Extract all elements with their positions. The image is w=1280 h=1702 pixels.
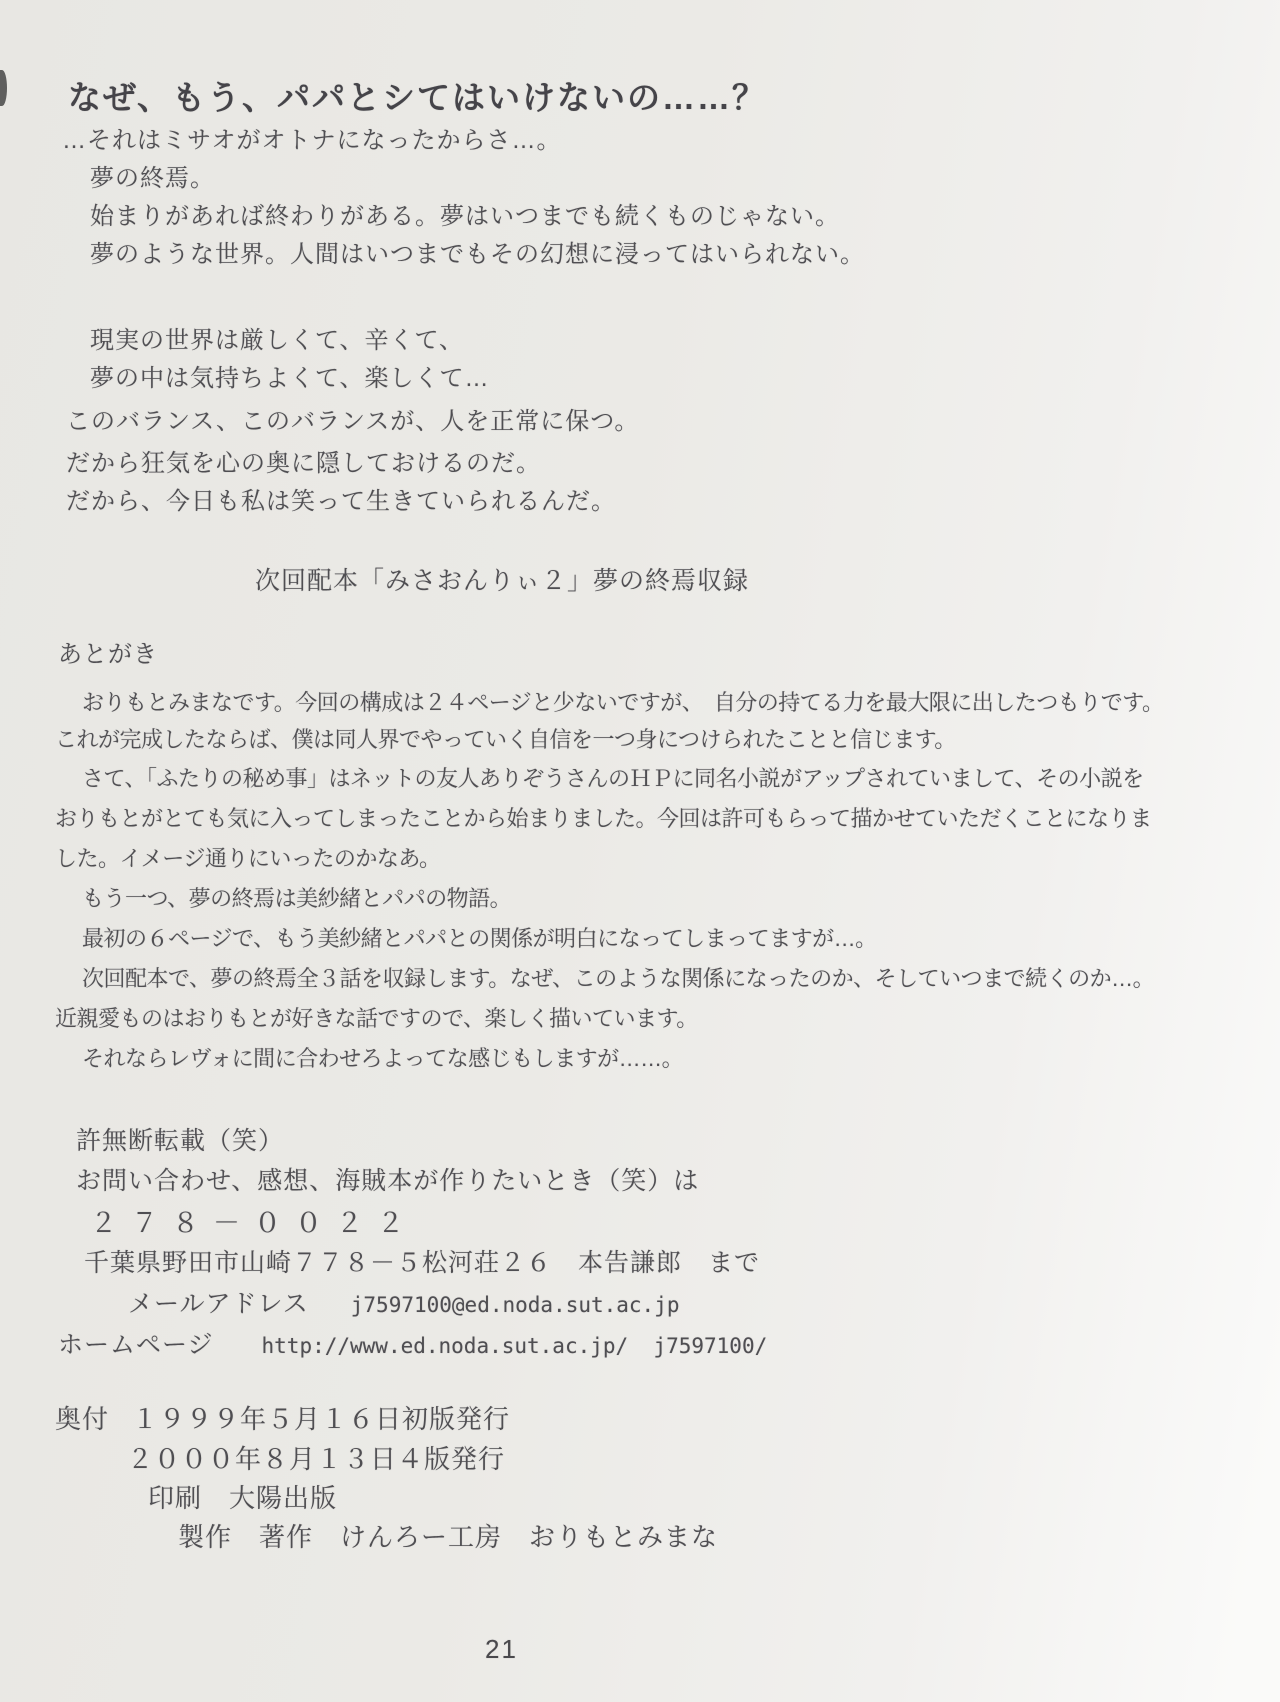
afterword-heading: あとがき — [58, 641, 158, 670]
poem-line: だから狂気を心の奥に隠しておけるのだ。 — [66, 450, 541, 479]
homepage-line: ホームページhttp://www.ed.noda.sut.ac.jp/ j759… — [58, 1330, 767, 1360]
colophon-label: 奥付 — [55, 1404, 109, 1434]
poem-line: 夢のような世界。人間はいつまでもその幻想に浸ってはいられない。 — [90, 241, 865, 270]
poem-line: 現実の世界は厳しくて、辛くて、 — [90, 327, 464, 356]
first-edition-date: １９９９年５月１６日初版発行 — [132, 1404, 510, 1434]
afterword-line: それならレヴォに間に合わせろよってな感じもしますが……。 — [82, 1046, 683, 1072]
next-issue-announcement: 次回配本「みさおんりぃ２」夢の終焉収録 — [255, 566, 749, 596]
poem-line: …それはミサオがオトナになったからさ…。 — [62, 127, 562, 156]
afterword-line: 次回配本で、夢の終焉全３話を収録します。なぜ、このような関係になったのか、そして… — [82, 966, 1154, 992]
colophon-first-edition-line: 奥付１９９９年５月１６日初版発行 — [55, 1404, 510, 1435]
production-credit: 製作 著作 けんろー工房 おりもとみまな — [178, 1522, 718, 1553]
page-number: 21 — [485, 1634, 518, 1665]
poem-line: だから、今日も私は笑って生きていられるんだ。 — [66, 488, 616, 517]
fourth-edition-date: ２０００年８月１３日４版発行 — [127, 1444, 505, 1475]
reprint-notice: 許無断転載（笑） — [76, 1126, 284, 1156]
afterword-line: おりもとみまなです。今回の構成は２４ページと少ないですが、 自分の持てる力を最大… — [82, 690, 1164, 716]
poem-line: 夢の終焉。 — [90, 165, 215, 194]
scan-edge-artifact — [0, 70, 7, 106]
afterword-line: これが完成したならば、僕は同人界でやっていく自信を一つ身につけられたことと信じま… — [55, 727, 956, 753]
scanned-afterword-page: なぜ、もう、パパとシてはいけないの……？ …それはミサオがオトナになったからさ…… — [0, 0, 1280, 1702]
afterword-line: さて、「ふたりの秘め事」はネットの友人ありぞうさんのＨＰに同名小説がアップされて… — [82, 766, 1144, 792]
postal-code: ２７８－００２２ — [90, 1207, 418, 1239]
homepage-url: http://www.ed.noda.sut.ac.jp/ j7597100/ — [262, 1334, 768, 1358]
afterword-line: 最初の６ページで、もう美紗緒とパパとの関係が明白になってしまってますが…。 — [82, 926, 877, 952]
email-label: メールアドレス — [128, 1290, 309, 1318]
afterword-line: おりもとがとても気に入ってしまったことから始まりました。今回は許可もらって描かせ… — [55, 806, 1152, 832]
page-title: なぜ、もう、パパとシてはいけないの……？ — [68, 78, 767, 118]
printing-credit: 印刷 大陽出版 — [148, 1483, 337, 1514]
email-line: メールアドレスj7597100@ed.noda.sut.ac.jp — [128, 1289, 680, 1319]
afterword-line: もう一つ、夢の終焉は美紗緒とパパの物語。 — [82, 886, 511, 912]
poem-line: 夢の中は気持ちよくて、楽しくて… — [90, 365, 490, 394]
email-address: j7597100@ed.noda.sut.ac.jp — [351, 1293, 680, 1317]
mailing-address: 千葉県野田市山崎７７８－５松河荘２６ 本告謙郎 まで — [84, 1248, 760, 1278]
inquiry-line: お問い合わせ、感想、海賊本が作りたいとき（笑）は — [76, 1166, 699, 1196]
poem-line: 始まりがあれば終わりがある。夢はいつまでも続くものじゃない。 — [90, 203, 840, 232]
afterword-line: した。イメージ通りにいったのかなあ。 — [55, 846, 440, 872]
homepage-label: ホームページ — [58, 1331, 214, 1359]
poem-line: このバランス、このバランスが、人を正常に保つ。 — [66, 408, 639, 437]
afterword-line: 近親愛ものはおりもとが好きな話ですので、楽しく描いています。 — [55, 1006, 698, 1032]
